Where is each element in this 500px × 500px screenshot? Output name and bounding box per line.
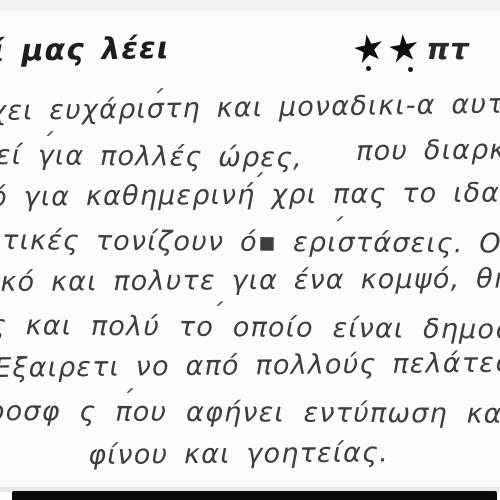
star-icon: ★: [386, 27, 421, 70]
stray-accent-mark: ´: [150, 88, 163, 114]
handwritten-review-page: ί μας λέει ★ ★ πτ χει ευχάριστη και μονα…: [0, 0, 500, 500]
star-icon: ★: [350, 26, 387, 71]
review-line: χει ευχάριστη και μοναδικι-α αυτό χ: [0, 88, 500, 127]
stray-accent-mark: ´: [250, 172, 263, 198]
ink-dot: [366, 66, 371, 71]
header-left-text: ί μας λέει: [0, 31, 170, 69]
header-right-text: πτ: [426, 32, 469, 66]
ink-dot: [408, 67, 413, 72]
stray-accent-mark: ´: [40, 131, 53, 157]
stray-accent-mark: ´: [210, 301, 223, 327]
stray-accent-mark: ´: [120, 388, 133, 414]
stray-accent-mark: ´: [330, 216, 343, 242]
review-line: Εξαιρετι νο από πολλούς πελάτες. .: [0, 347, 500, 384]
review-line: οοσφ ς που αφήνει εντύπωση και π: [0, 396, 500, 430]
review-line: ικό και πολυτε για ένα κομψό, θη: [0, 263, 500, 298]
bottom-black-bar: [12, 491, 497, 500]
review-line: που διαρκ: [356, 134, 500, 167]
review-line: ς και πολύ το οποίο είναι δημοφιλέ: [0, 310, 500, 346]
header-right-group: ★ ★ πτ: [352, 30, 470, 67]
review-line: φίνου και γοητείας.: [88, 437, 389, 471]
review-line: ιτικές τονίζουν ό▪ εριστάσεις. Οι κ: [0, 225, 500, 260]
top-edge-strip: [0, 0, 500, 10]
